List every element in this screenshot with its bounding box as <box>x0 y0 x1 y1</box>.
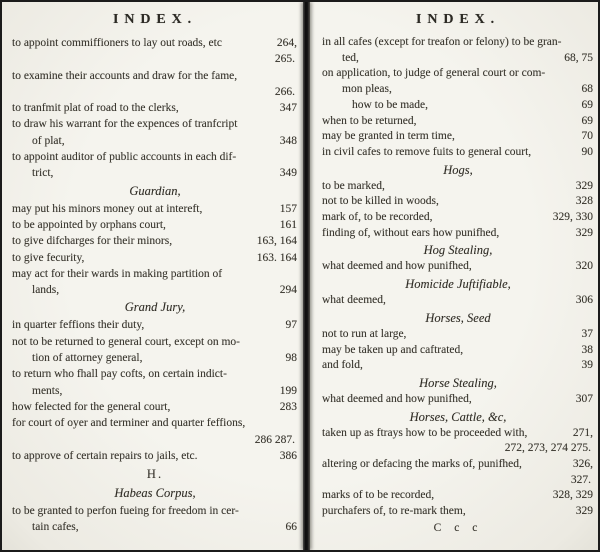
page-number: 329 <box>576 179 593 195</box>
index-line: to appoint commiffioners to lay out road… <box>12 35 298 51</box>
index-entry-text: what deemed and how punifhed, <box>322 260 472 272</box>
index-heading: Horses, Cattle, &c, <box>322 408 594 426</box>
index-entry-text: marks of to be recorded, <box>322 489 434 501</box>
page-number: 68, 75 <box>564 51 593 67</box>
index-entry-text: what deemed, <box>322 294 386 306</box>
index-entry-text: in all cafes (except for treafon or felo… <box>322 36 561 48</box>
page-number-line: 327. <box>322 473 594 489</box>
index-heading: Hog Stealing, <box>322 241 594 259</box>
index-entry-text: for court of oyer and terminer and quart… <box>12 417 245 429</box>
index-entry-text: to examine their accounts and draw for t… <box>12 70 237 82</box>
index-heading: Horses, Seed <box>322 309 594 327</box>
page-number: 283 <box>280 399 297 415</box>
index-line: purchafers of, to re-mark them,329 <box>322 504 594 520</box>
catchword: C c c <box>322 521 594 537</box>
index-entry-text: when to be returned, <box>322 115 417 127</box>
index-line: may act for their wards in making partit… <box>12 266 298 282</box>
index-line: in quarter feffions their duty,97 <box>12 317 298 333</box>
page-number: 294 <box>280 282 297 298</box>
index-line: to be appointed by orphans court,161 <box>12 217 298 233</box>
page-number: 161 <box>280 217 297 233</box>
scanned-book-page: INDEX.to appoint commiffioners to lay ou… <box>0 0 600 552</box>
page-number: 272, 273, 274 275. <box>505 442 591 454</box>
index-line: not to run at large,37 <box>322 327 594 343</box>
index-entry-text: how to be made, <box>352 99 428 111</box>
index-line: when to be returned,69 <box>322 114 594 130</box>
index-line: to draw his warrant for the expences of … <box>12 116 298 132</box>
index-line: to appoint auditor of public accounts in… <box>12 149 298 165</box>
index-line: to approve of certain repairs to jails, … <box>12 448 298 464</box>
page-number: 326, <box>573 457 593 473</box>
page-number: 327. <box>571 474 591 486</box>
index-entry-text: to appoint commiffioners to lay out road… <box>12 37 222 49</box>
index-line: taken up as ftrays how to be proceeded w… <box>322 426 594 442</box>
index-entry-text: how felected for the general court, <box>12 401 170 413</box>
page-number: 163, 164 <box>257 233 297 249</box>
index-entry-text: may be taken up and caftrated, <box>322 344 463 356</box>
index-line: lands,294 <box>12 282 298 298</box>
index-entry-text: to tranfmit plat of road to the clerks, <box>12 102 179 114</box>
index-line: may be granted in term time,70 <box>322 129 594 145</box>
page-number: 69 <box>582 114 594 130</box>
index-line: what deemed and how punifhed,320 <box>322 259 594 275</box>
index-entry-text: and fold, <box>322 359 363 371</box>
index-entry-text: to return who fhall pay cofts, on certai… <box>12 368 227 380</box>
index-heading: Habeas Corpus, <box>12 484 298 503</box>
index-entry-text: taken up as ftrays how to be proceeded w… <box>322 427 527 439</box>
index-entry-text: may act for their wards in making partit… <box>12 268 222 280</box>
index-entry-text: not to be returned to general court, exc… <box>12 336 240 348</box>
page-number: 271, <box>573 426 593 442</box>
index-entry-text: finding of, without ears how punifhed, <box>322 227 499 239</box>
index-entry-text: ments, <box>32 385 62 397</box>
index-entry-text: altering or defacing the marks of, punif… <box>322 458 522 470</box>
page-number: 307 <box>576 392 593 408</box>
page-number-line: 266. <box>12 84 298 100</box>
index-line: mon pleas,68 <box>322 82 594 98</box>
index-line: to return who fhall pay cofts, on certai… <box>12 366 298 382</box>
index-heading: Guardian, <box>12 182 298 201</box>
page-number: 349 <box>280 165 297 181</box>
index-entry-text: trict, <box>32 167 53 179</box>
index-entry-text: mon pleas, <box>342 83 392 95</box>
page-number: 68 <box>582 82 594 98</box>
index-line: trict,349 <box>12 165 298 181</box>
index-line: tion of attorney general,98 <box>12 350 298 366</box>
book-gutter-divider <box>303 2 310 550</box>
page-number: 90 <box>582 145 594 161</box>
page-number: 69 <box>582 98 594 114</box>
index-entry-text: to give difcharges for their minors, <box>12 235 172 247</box>
index-line: ments,199 <box>12 383 298 399</box>
index-entry-text: what deemed and how punifhed, <box>322 393 472 405</box>
index-line: to give fecurity,163. 164 <box>12 250 298 266</box>
index-heading: Homicide Juftifiable, <box>322 275 594 293</box>
page-number: 265. <box>275 53 295 65</box>
index-line: what deemed,306 <box>322 293 594 309</box>
page-number: 286 287. <box>255 434 295 446</box>
index-line: on application, to judge of general cour… <box>322 66 594 82</box>
index-heading: Hogs, <box>322 161 594 179</box>
page-number: 70 <box>582 129 594 145</box>
index-line: to tranfmit plat of road to the clerks,3… <box>12 100 298 116</box>
index-header: INDEX. <box>322 12 594 28</box>
left-page-column: INDEX.to appoint commiffioners to lay ou… <box>12 11 298 536</box>
right-page-column: INDEX.in all cafes (except for treafon o… <box>322 11 594 537</box>
index-entry-text: may be granted in term time, <box>322 130 455 142</box>
index-header: INDEX. <box>12 12 298 28</box>
index-entry-text: to be granted to perfon fueing for freed… <box>12 505 239 517</box>
index-entry-text: to draw his warrant for the expences of … <box>12 118 237 130</box>
page-number: 157 <box>280 201 297 217</box>
page-number: 39 <box>582 358 594 374</box>
page-number: 98 <box>286 350 298 366</box>
index-heading: Horse Stealing, <box>322 374 594 392</box>
index-entry-text: on application, to judge of general cour… <box>322 67 545 79</box>
page-number: 199 <box>280 383 297 399</box>
index-line: tain cafes,66 <box>12 519 298 535</box>
page-number: 386 <box>280 448 297 464</box>
index-entry-text: in quarter feffions their duty, <box>12 319 144 331</box>
index-entry-text: not to run at large, <box>322 328 406 340</box>
page-number: 266. <box>275 86 295 98</box>
index-line: marks of to be recorded,328, 329 <box>322 488 594 504</box>
page-number-line: 286 287. <box>12 432 298 448</box>
index-line: finding of, without ears how punifhed,32… <box>322 226 594 242</box>
index-line: not to be killed in woods,328 <box>322 194 594 210</box>
index-line: to be marked,329 <box>322 179 594 195</box>
page-number: 306 <box>576 293 593 309</box>
index-line: in all cafes (except for treafon or felo… <box>322 35 594 51</box>
index-entry-text: to be marked, <box>322 180 385 192</box>
index-line: and fold,39 <box>322 358 594 374</box>
page-number: 328, 329 <box>553 488 593 504</box>
index-entry-text: purchafers of, to re-mark them, <box>322 505 466 517</box>
index-line: ted,68, 75 <box>322 51 594 67</box>
page-number: 328 <box>576 194 593 210</box>
page-number: 329 <box>576 226 593 242</box>
page-number: 347 <box>280 100 297 116</box>
index-line: to examine their accounts and draw for t… <box>12 68 298 84</box>
index-heading: Grand Jury, <box>12 298 298 317</box>
page-number: 37 <box>582 327 594 343</box>
index-line: for court of oyer and terminer and quart… <box>12 415 298 431</box>
page-number-line: 272, 273, 274 275. <box>322 441 594 457</box>
index-line: may put his minors money out at intereft… <box>12 201 298 217</box>
index-line: altering or defacing the marks of, punif… <box>322 457 594 473</box>
section-letter: H. <box>12 464 298 484</box>
page-number: 163. 164 <box>257 250 297 266</box>
index-line: not to be returned to general court, exc… <box>12 334 298 350</box>
index-entry-text: may put his minors money out at intereft… <box>12 203 202 215</box>
index-entry-text: ted, <box>342 52 359 64</box>
index-line: to be granted to perfon fueing for freed… <box>12 503 298 519</box>
index-line: mark of, to be recorded,329, 330 <box>322 210 594 226</box>
index-line: may be taken up and caftrated,38 <box>322 343 594 359</box>
page-number: 348 <box>280 133 297 149</box>
index-entry-text: to approve of certain repairs to jails, … <box>12 450 198 462</box>
index-line: what deemed and how punifhed,307 <box>322 392 594 408</box>
page-number: 97 <box>286 317 298 333</box>
index-line: how felected for the general court,283 <box>12 399 298 415</box>
index-line: to give difcharges for their minors,163,… <box>12 233 298 249</box>
page-number-line: 265. <box>12 51 298 67</box>
index-entry-text: tain cafes, <box>32 521 79 533</box>
page-number: 320 <box>576 259 593 275</box>
index-entry-text: of plat, <box>32 135 65 147</box>
page-number: 264, <box>277 35 297 51</box>
index-line: of plat,348 <box>12 133 298 149</box>
index-entry-text: tion of attorney general, <box>32 352 143 364</box>
index-entry-text: not to be killed in woods, <box>322 195 439 207</box>
index-line: in civil cafes to remove fuits to genera… <box>322 145 594 161</box>
index-entry-text: to appoint auditor of public accounts in… <box>12 151 236 163</box>
index-line: how to be made,69 <box>322 98 594 114</box>
index-entry-text: in civil cafes to remove fuits to genera… <box>322 146 531 158</box>
page-number: 329, 330 <box>553 210 593 226</box>
index-entry-text: to be appointed by orphans court, <box>12 219 166 231</box>
index-entry-text: to give fecurity, <box>12 252 84 264</box>
index-entry-text: lands, <box>32 284 59 296</box>
index-entry-text: mark of, to be recorded, <box>322 211 432 223</box>
page-number: 329 <box>576 504 593 520</box>
page-number: 66 <box>286 519 298 535</box>
page-number: 38 <box>582 343 594 359</box>
